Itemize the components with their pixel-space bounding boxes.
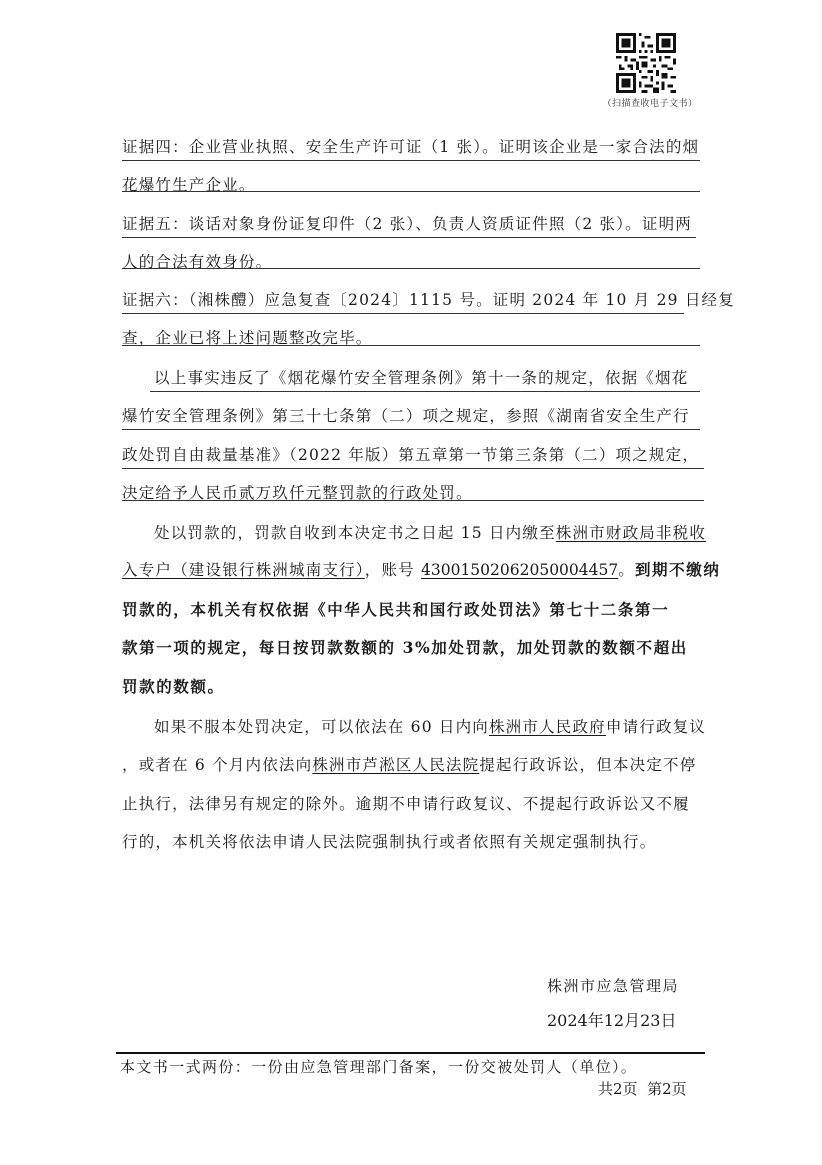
evidence-5-line-1: 证据五：谈话对象身份证复印件（2 张）、负责人资质证件照（2 张）。证明两 xyxy=(122,212,692,236)
overdue-warning: 到期不缴纳 xyxy=(635,560,721,579)
underline-rule xyxy=(122,468,704,469)
violation-line-4: 决定给予人民币贰万玖仟元整罚款的行政处罚。 xyxy=(122,481,473,505)
account-number: 43001502062050004457 xyxy=(421,561,618,579)
evidence-6-line-1: 证据六：（湘株醴）应急复查〔2024〕1115 号。证明 2024 年 10 月… xyxy=(122,288,735,312)
appeal-line-3: 止执行，法律另有规定的除外。逾期不申请行政复议、不提起行政诉讼又不履 xyxy=(122,792,690,816)
appeal-line-1: 如果不服本处罚决定，可以依法在 60 日内向株洲市人民政府申请行政复议 xyxy=(154,715,706,739)
violation-line-3: 政处罚自由裁量基准》（2022 年版）第五章第一节第三条第（二）项之规定， xyxy=(122,443,699,467)
evidence-4-line-2: 花爆竹生产企业。 xyxy=(122,173,256,197)
underline-rule xyxy=(150,391,700,392)
appeal-text: 如果不服本处罚决定，可以依法在 60 日内向 xyxy=(154,718,489,736)
underline-rule xyxy=(122,500,704,501)
appeal-text: ，或者在 6 个月内依法向 xyxy=(122,756,312,774)
appeal-text: 申请行政复议 xyxy=(606,718,706,736)
footer-divider xyxy=(116,1052,705,1054)
underline-rule xyxy=(122,191,700,192)
violation-line-2: 爆竹安全管理条例》第三十七条第（二）项之规定，参照《湖南省安全生产行 xyxy=(122,404,690,428)
underline-rule xyxy=(122,429,700,430)
page-indicator: 共2页 第2页 xyxy=(598,1078,687,1099)
underline-rule xyxy=(122,313,684,314)
court-name: 株洲市芦淞区人民法院 xyxy=(312,756,479,774)
violation-line-1: 以上事实违反了《烟花爆竹安全管理条例》第十一条的规定，依据《烟花 xyxy=(154,366,688,390)
underline-rule xyxy=(122,160,700,161)
payment-line-2: 入专户（建设银行株洲城南支行），账号 43001502062050004457。… xyxy=(122,558,720,582)
bank-name: 入专户（建设银行株洲城南支行） xyxy=(122,561,365,579)
evidence-5-line-2: 人的合法有效身份。 xyxy=(122,250,272,274)
payment-line-1: 处以罚款的，罚款自收到本决定书之日起 15 日内缴至株洲市财政局非税收 xyxy=(154,521,706,545)
qr-caption: （扫描查收电子文书） xyxy=(600,96,700,109)
footer-note: 本文书一式两份：一份由应急管理部门备案，一份交被处罚人（单位）。 xyxy=(120,1056,637,1077)
underline-rule xyxy=(122,268,700,269)
appeal-text: 提起行政诉讼，但本决定不停 xyxy=(479,756,696,774)
penalty-line-1: 罚款的，本机关有权依据《中华人民共和国行政处罚法》第七十二条第一 xyxy=(122,598,669,622)
qr-code-icon[interactable] xyxy=(616,33,676,93)
payment-text: 处以罚款的，罚款自收到本决定书之日起 15 日内缴至 xyxy=(154,524,556,542)
issuing-authority: 株洲市应急管理局 xyxy=(547,975,679,996)
evidence-4-line-1: 证据四：企业营业执照、安全生产许可证（1 张）。证明该企业是一家合法的烟 xyxy=(122,135,699,159)
underline-rule xyxy=(122,345,700,346)
underline-rule xyxy=(122,237,696,238)
evidence-6-line-2: 查，企业已将上述问题整改完毕。 xyxy=(122,326,373,350)
penalty-line-3: 罚款的数额。 xyxy=(122,675,225,699)
issue-date: 2024年12月23日 xyxy=(547,1008,676,1031)
payee-link: 株洲市财政局非税收 xyxy=(556,524,706,542)
penalty-line-2: 款第一项的规定，每日按罚款数额的 3%加处罚款，加处罚款的数额不超出 xyxy=(122,636,688,660)
period: 。 xyxy=(618,561,635,579)
account-label: ，账号 xyxy=(365,561,421,579)
appeal-line-4: 行的，本机关将依法申请人民法院强制执行或者依照有关规定强制执行。 xyxy=(122,830,656,854)
appeal-line-2: ，或者在 6 个月内依法向株洲市芦淞区人民法院提起行政诉讼，但本决定不停 xyxy=(122,753,696,777)
reconsideration-authority: 株洲市人民政府 xyxy=(489,718,606,736)
